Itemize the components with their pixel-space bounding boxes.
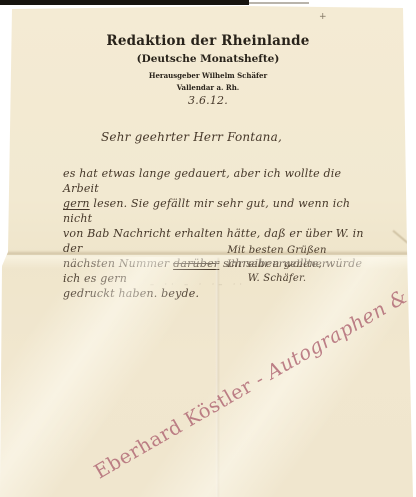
letterhead-publisher: Herausgeber Wilhelm Schäfer bbox=[8, 71, 408, 80]
letterhead-subtitle: (Deutsche Monatshefte) bbox=[8, 53, 408, 65]
letter-paper: Redaktion der Rheinlande (Deutsche Monat… bbox=[0, 0, 416, 497]
handwritten-date: 3.6.12. bbox=[8, 94, 408, 107]
salutation: Sehr geehrter Herr Fontana, bbox=[101, 130, 282, 144]
body-text-segment: es hat etwas lange gedauert, aber ich wo… bbox=[63, 167, 341, 195]
right-edge-crease bbox=[392, 230, 413, 248]
body-text-segment: lesen. Sie gefällt mir sehr gut, und wen… bbox=[63, 197, 350, 225]
body-line: gern lesen. Sie gefällt mir sehr gut, un… bbox=[63, 196, 373, 226]
scanner-edge-bar bbox=[0, 0, 249, 5]
corner-plus-mark: + bbox=[319, 12, 327, 22]
underlined-word: gern bbox=[63, 197, 90, 210]
letterhead-place: Vallendar a. Rh. bbox=[8, 83, 408, 92]
scanned-letter: Redaktion der Rheinlande (Deutsche Monat… bbox=[0, 0, 416, 497]
body-line: es hat etwas lange gedauert, aber ich wo… bbox=[63, 166, 373, 196]
letterhead-title: Redaktion der Rheinlande bbox=[8, 33, 408, 49]
scanner-edge-line bbox=[249, 2, 309, 4]
paper-sheen-overlay bbox=[0, 257, 416, 497]
